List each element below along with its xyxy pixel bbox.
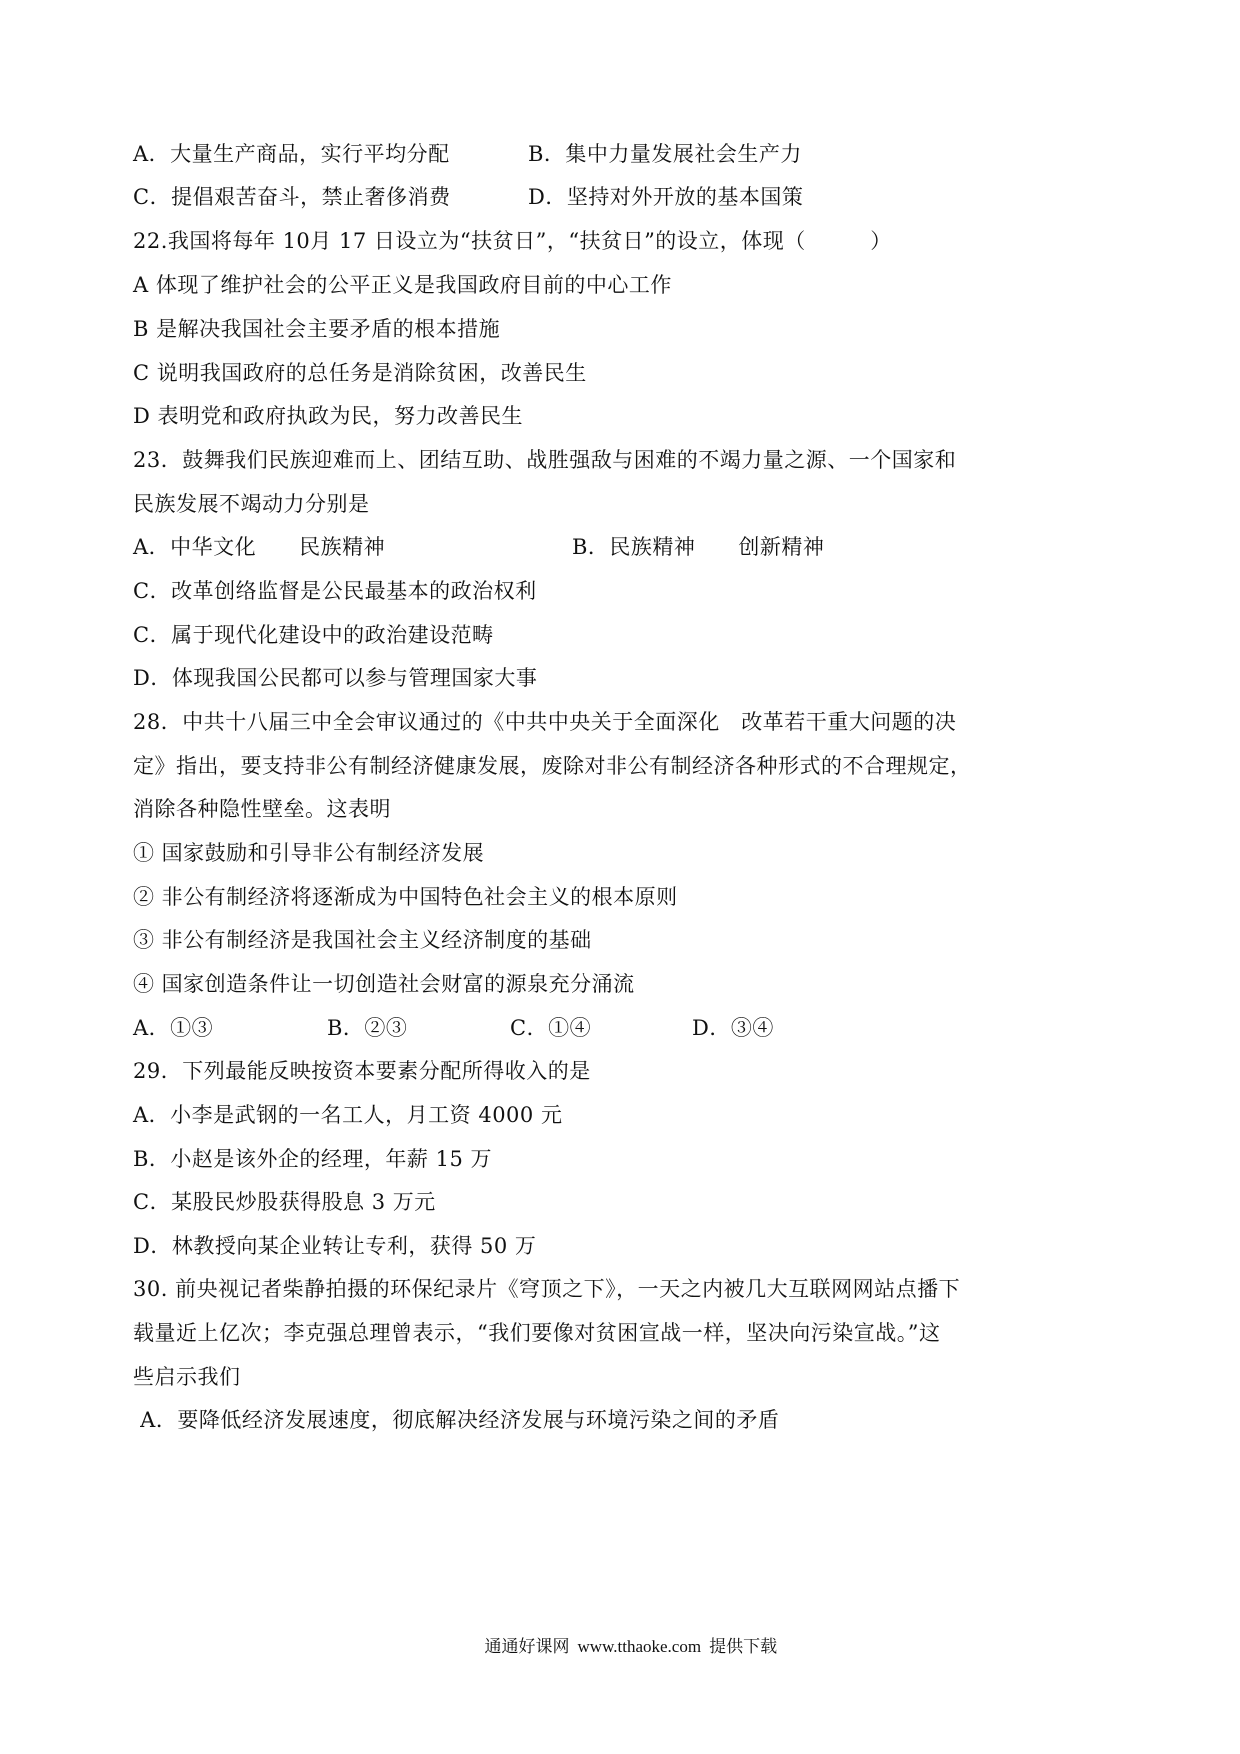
q22-option-c: C 说明我国政府的总任务是消除贫困，改善民生 [133,360,587,386]
q23-option-b: B．民族精神 创新精神 [572,534,824,560]
q29-stem: 29．下列最能反映按资本要素分配所得收入的是 [133,1058,591,1084]
q21-option-c: C．提倡艰苦奋斗，禁止奢侈消费 [133,184,451,210]
q22-option-a: A 体现了维护社会的公平正义是我国政府目前的中心工作 [133,272,672,298]
q30-stem-line2: 载量近上亿次；李克强总理曾表示，“我们要像对贫困宣战一样，坚决向污染宣战。”这 [133,1320,940,1346]
extra-option-line-1: C．改革创络监督是公民最基本的政治权利 [133,578,537,604]
q30-option-a: A．要降低经济发展速度，彻底解决经济发展与环境污染之间的矛盾 [133,1407,779,1433]
q23-stem-line1: 23．鼓舞我们民族迎难而上、团结互助、战胜强敌与困难的不竭力量之源、一个国家和 [133,447,956,473]
q28-choice-b: B．②③ [327,1015,407,1041]
footer-suffix: 提供下载 [709,1637,777,1657]
q28-choice-a: A．①③ [133,1015,213,1041]
q28-statement-2: ② 非公有制经济将逐渐成为中国特色社会主义的根本原则 [133,884,678,910]
q28-statement-1: ① 国家鼓励和引导非公有制经济发展 [133,840,484,866]
q28-choice-d: D．③④ [692,1015,774,1041]
q21-option-a: A．大量生产商品，实行平均分配 [133,141,450,167]
q29-option-d: D．林教授向某企业转让专利，获得 50 万 [133,1233,536,1259]
q23-stem-line2: 民族发展不竭动力分别是 [133,491,370,517]
q30-stem-line1: 30. 前央视记者柴静拍摄的环保纪录片《穹顶之下》，一天之内被几大互联网网站点播… [133,1276,960,1302]
extra-option-line-2: C．属于现代化建设中的政治建设范畴 [133,622,494,648]
q28-stem-line1: 28．中共十八届三中全会审议通过的《中共中央关于全面深化 改革若干重大问题的决 [133,709,956,735]
page-footer: 通通好课网www.tthaoke.com提供下载 [0,1614,1240,1680]
q30-stem-line3: 些启示我们 [133,1364,241,1390]
q28-stem-line3: 消除各种隐性壁垒。这表明 [133,796,391,822]
q22-stem: 22.我国将每年 10月 17 日设立为“扶贫日”，“扶贫日”的设立，体现（ ） [133,228,892,254]
footer-site-name: 通通好课网 [485,1637,570,1657]
footer-url-link[interactable]: www.tthaoke.com [578,1637,702,1656]
q28-choice-c: C．①④ [510,1015,591,1041]
q28-stem-line2: 定》指出，要支持非公有制经济健康发展，废除对非公有制经济各种形式的不合理规定， [133,753,972,779]
q22-option-d: D 表明党和政府执政为民，努力改善民生 [133,403,523,429]
extra-option-line-3: D．体现我国公民都可以参与管理国家大事 [133,665,537,691]
q28-statement-4: ④ 国家创造条件让一切创造社会财富的源泉充分涌流 [133,971,635,997]
q21-option-d: D．坚持对外开放的基本国策 [528,184,803,210]
q28-statement-3: ③ 非公有制经济是我国社会主义经济制度的基础 [133,927,592,953]
q21-option-b: B．集中力量发展社会生产力 [528,141,802,167]
q22-option-b: B 是解决我国社会主要矛盾的根本措施 [133,316,500,342]
document-page: A．大量生产商品，实行平均分配 B．集中力量发展社会生产力 C．提倡艰苦奋斗，禁… [0,0,1240,1754]
q29-option-b: B．小赵是该外企的经理，年薪 15 万 [133,1146,492,1172]
q29-option-c: C．某股民炒股获得股息 3 万元 [133,1189,436,1215]
q23-option-a: A．中华文化 民族精神 [133,534,385,560]
q29-option-a: A．小李是武钢的一名工人，月工资 4000 元 [133,1102,562,1128]
